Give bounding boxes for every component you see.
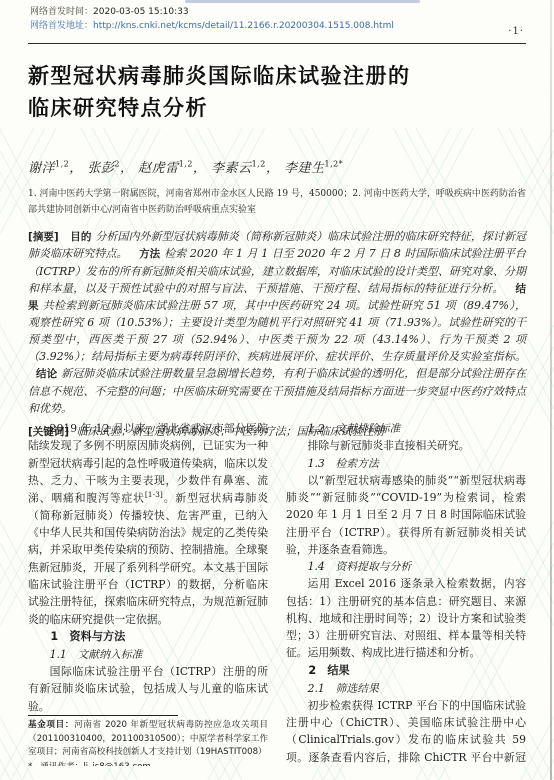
page-number: ·1· <box>508 26 524 37</box>
affiliation: 1. 河南中医药大学第一附属医院，河南省郑州市金水区人民路 19 号，45000… <box>28 187 526 219</box>
author-affil-sup: 1,2 <box>179 160 193 169</box>
scan-edge <box>550 0 552 780</box>
author-affil-sup: 1,2 <box>252 160 266 169</box>
abstract-label: [摘要] <box>28 231 59 243</box>
online-first-header: 网络首发时间：2020-03-05 15:10:33 网络首发地址：http:/… <box>30 5 394 34</box>
corresponding-author-note: *通讯作者：li_js8@163.com <box>28 761 268 766</box>
online-first-url: 网络首发地址：http://kns.cnki.net/kcms/detail/1… <box>30 19 394 33</box>
scan-artifact <box>185 0 420 3</box>
corresponding-author-mark: * <box>28 762 40 766</box>
corresponding-author-email: li_js8@163.com <box>83 762 151 766</box>
author-affil-sup: 1,2* <box>325 160 344 169</box>
corresponding-author-label: 通讯作者： <box>40 762 83 766</box>
article-body: 2019 年 12 月以来，湖北省武汉市部分医院陆续发现了多例不明原因肺炎病例，… <box>28 420 526 766</box>
author-name: 李建生1,2* <box>284 161 343 176</box>
author-list: 谢洋1,2， 张彭2， 赵虎雷1,2， 李素云1,2， 李建生1,2* <box>28 157 343 176</box>
body-left-column: 2019 年 12 月以来，湖北省武汉市部分医院陆续发现了多例不明原因肺炎病例，… <box>28 420 268 766</box>
online-first-url-label: 网络首发地址： <box>30 21 93 31</box>
search-method-text: 以“新型冠状病毒感染的肺炎”“新型冠状病毒肺炎”“新冠肺炎”“COVID-19”… <box>286 472 526 558</box>
abstract: [摘要] 目的分析国内外新型冠状病毒肺炎（简称新冠肺炎）临床试验注册的临床研究特… <box>28 228 526 417</box>
section-heading-results: 2 结果 <box>286 662 526 680</box>
front-matter: [摘要] 目的分析国内外新型冠状病毒肺炎（简称新冠肺炎）临床试验注册的临床研究特… <box>28 228 526 439</box>
author-name: 谢洋1,2， <box>28 161 83 176</box>
funding-label: 基金项目： <box>28 720 74 730</box>
online-first-time-label: 网络首发时间： <box>30 7 93 17</box>
intro-paragraph: 2019 年 12 月以来，湖北省武汉市部分医院陆续发现了多例不明原因肺炎病例，… <box>28 420 268 628</box>
paper-page: 网络首发时间：2020-03-05 15:10:33 网络首发地址：http:/… <box>0 0 554 780</box>
subsection-heading-exclusion: 1.2 文献排除标准 <box>286 420 526 437</box>
subsection-heading-search-method: 1.3 检索方法 <box>286 455 526 472</box>
subsection-heading-inclusion: 1.1 文献纳入标准 <box>28 646 268 663</box>
section-heading-materials-methods: 1 资料与方法 <box>28 628 268 646</box>
abstract-conclusion-heading: 结论 <box>28 368 61 380</box>
screening-results-text: 初步检索获得 ICTRP 平台下的中国临床试验注册中心（ChiCTR）、美国临床… <box>286 697 526 766</box>
funding-note: 基金项目：河南省 2020 年新型冠状病毒防控应急攻关项目（2011003104… <box>28 719 268 760</box>
first-page-footnote: 基金项目：河南省 2020 年新型冠状病毒防控应急攻关项目（2011003104… <box>28 715 268 766</box>
article-title-line2: 临床研究特点分析 <box>28 92 514 124</box>
online-first-url-link[interactable]: http://kns.cnki.net/kcms/detail/11.2166.… <box>93 21 394 31</box>
header-divider <box>28 43 526 44</box>
inclusion-text: 国际临床试验注册平台（ICTRP）注册的所有新冠肺炎临床试验，包括成人与儿童的临… <box>28 663 268 715</box>
abstract-results-text: 共检索到新冠肺炎临床试验注册 57 项，其中中医药研究 24 项。试验性研究 5… <box>28 299 526 363</box>
author-name: 赵虎雷1,2， <box>138 161 206 176</box>
exclusion-text: 排除与新冠肺炎非直接相关研究。 <box>286 437 526 454</box>
author-name: 张彭2， <box>87 161 133 176</box>
subsection-heading-screening-results: 2.1 筛选结果 <box>286 680 526 697</box>
subsection-heading-data-extraction: 1.4 资料提取与分析 <box>286 558 526 575</box>
data-extraction-text: 运用 Excel 2016 逐条录入检索数据，内容包括：1）注册研究的基本信息：… <box>286 575 526 661</box>
article-title: 新型冠状病毒肺炎国际临床试验注册的 临床研究特点分析 <box>28 60 514 123</box>
article-title-line1: 新型冠状病毒肺炎国际临床试验注册的 <box>28 60 514 92</box>
online-first-time-value: 2020-03-05 15:10:33 <box>93 7 189 17</box>
body-right-column: 1.2 文献排除标准 排除与新冠肺炎非直接相关研究。 1.3 检索方法 以“新型… <box>286 420 526 766</box>
abstract-methods-heading: 方法 <box>131 248 164 260</box>
online-first-time: 网络首发时间：2020-03-05 15:10:33 <box>30 5 394 19</box>
footnote-divider <box>28 715 178 716</box>
author-name: 李素云1,2， <box>211 161 279 176</box>
author-affil-sup: 1,2 <box>55 160 69 169</box>
abstract-conclusion-text: 新冠肺炎临床试验注册数量呈急剧增长趋势，有利于临床试验的透明化，但是部分试验注册… <box>28 367 526 414</box>
abstract-objective-heading: 目的 <box>62 231 95 243</box>
citation-ref: [1-3] <box>145 490 163 499</box>
